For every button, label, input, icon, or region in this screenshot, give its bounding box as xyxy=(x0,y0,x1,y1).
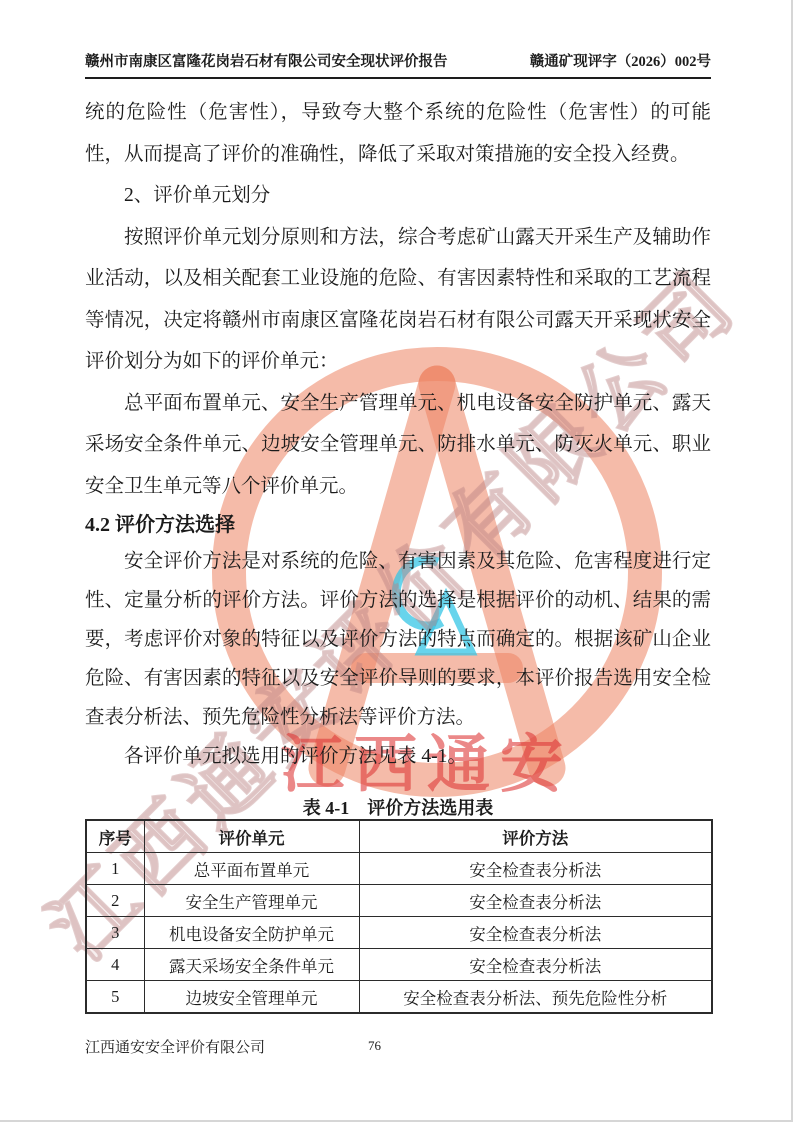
table-row: 1 总平面布置单元 安全检查表分析法 xyxy=(86,853,712,885)
table-cell: 边坡安全管理单元 xyxy=(144,981,359,1014)
table-row: 2 安全生产管理单元 安全检查表分析法 xyxy=(86,885,712,917)
body-paragraph: 安全评价方法是对系统的危险、有害因素及其危险、危害程度进行定性、定量分析的评价方… xyxy=(85,542,711,737)
table-title: 表 4-1 评价方法选用表 xyxy=(85,794,711,820)
table-cell: 安全生产管理单元 xyxy=(144,885,359,917)
body-paragraph: 各评价单元拟选用的评价方法见表 4-1。 xyxy=(85,737,711,776)
table-cell: 安全检查表分析法 xyxy=(359,853,712,885)
table-cell: 露天采场安全条件单元 xyxy=(144,949,359,981)
evaluation-methods-table: 序号 评价单元 评价方法 1 总平面布置单元 安全检查表分析法 2 安全生产管理… xyxy=(85,819,713,1014)
table-cell: 2 xyxy=(86,885,144,917)
page-footer: 江西通安安全评价有限公司 76 xyxy=(85,1036,711,1057)
column-header: 评价单元 xyxy=(144,820,359,853)
page-header: 赣州市南康区富隆花岗岩石材有限公司安全现状评价报告 赣通矿现评字（2026）00… xyxy=(85,50,711,79)
report-title: 赣州市南康区富隆花岗岩石材有限公司安全现状评价报告 xyxy=(85,50,448,71)
table-row: 4 露天采场安全条件单元 安全检查表分析法 xyxy=(86,949,712,981)
body-paragraph: 统的危险性（危害性），导致夸大整个系统的危险性（危害性）的可能性，从而提高了评价… xyxy=(85,92,711,175)
table-cell: 1 xyxy=(86,853,144,885)
table-cell: 安全检查表分析法 xyxy=(359,885,712,917)
table-cell: 5 xyxy=(86,981,144,1014)
column-header: 序号 xyxy=(86,820,144,853)
body-text-block-a: 统的危险性（危害性），导致夸大整个系统的危险性（危害性）的可能性，从而提高了评价… xyxy=(85,92,711,507)
table-cell: 4 xyxy=(86,949,144,981)
table-header-row: 序号 评价单元 评价方法 xyxy=(86,820,712,853)
column-header: 评价方法 xyxy=(359,820,712,853)
table-row: 5 边坡安全管理单元 安全检查表分析法、预先危险性分析 xyxy=(86,981,712,1014)
table-cell: 3 xyxy=(86,917,144,949)
body-paragraph: 按照评价单元划分原则和方法，综合考虑矿山露天开采生产及辅助作业活动，以及相关配套… xyxy=(85,217,711,383)
body-paragraph: 总平面布置单元、安全生产管理单元、机电设备安全防护单元、露天采场安全条件单元、边… xyxy=(85,383,711,508)
doc-number: 赣通矿现评字（2026）002号 xyxy=(530,50,711,71)
body-paragraph: 2、评价单元划分 xyxy=(85,175,711,217)
table-cell: 安全检查表分析法 xyxy=(359,949,712,981)
document-page: 江西通安评价有限公司 江西通安 赣州市南康区富隆花岗岩石材有限公司安全现状评价报… xyxy=(0,0,793,1122)
table-row: 3 机电设备安全防护单元 安全检查表分析法 xyxy=(86,917,712,949)
section-heading: 4.2 评价方法选择 xyxy=(85,508,235,537)
table-cell: 安全检查表分析法 xyxy=(359,917,712,949)
footer-company: 江西通安安全评价有限公司 xyxy=(85,1040,265,1056)
body-text-block-b: 安全评价方法是对系统的危险、有害因素及其危险、危害程度进行定性、定量分析的评价方… xyxy=(85,542,711,776)
table-cell: 安全检查表分析法、预先危险性分析 xyxy=(359,981,712,1014)
page-number: 76 xyxy=(368,1038,381,1054)
table-cell: 机电设备安全防护单元 xyxy=(144,917,359,949)
table-cell: 总平面布置单元 xyxy=(144,853,359,885)
